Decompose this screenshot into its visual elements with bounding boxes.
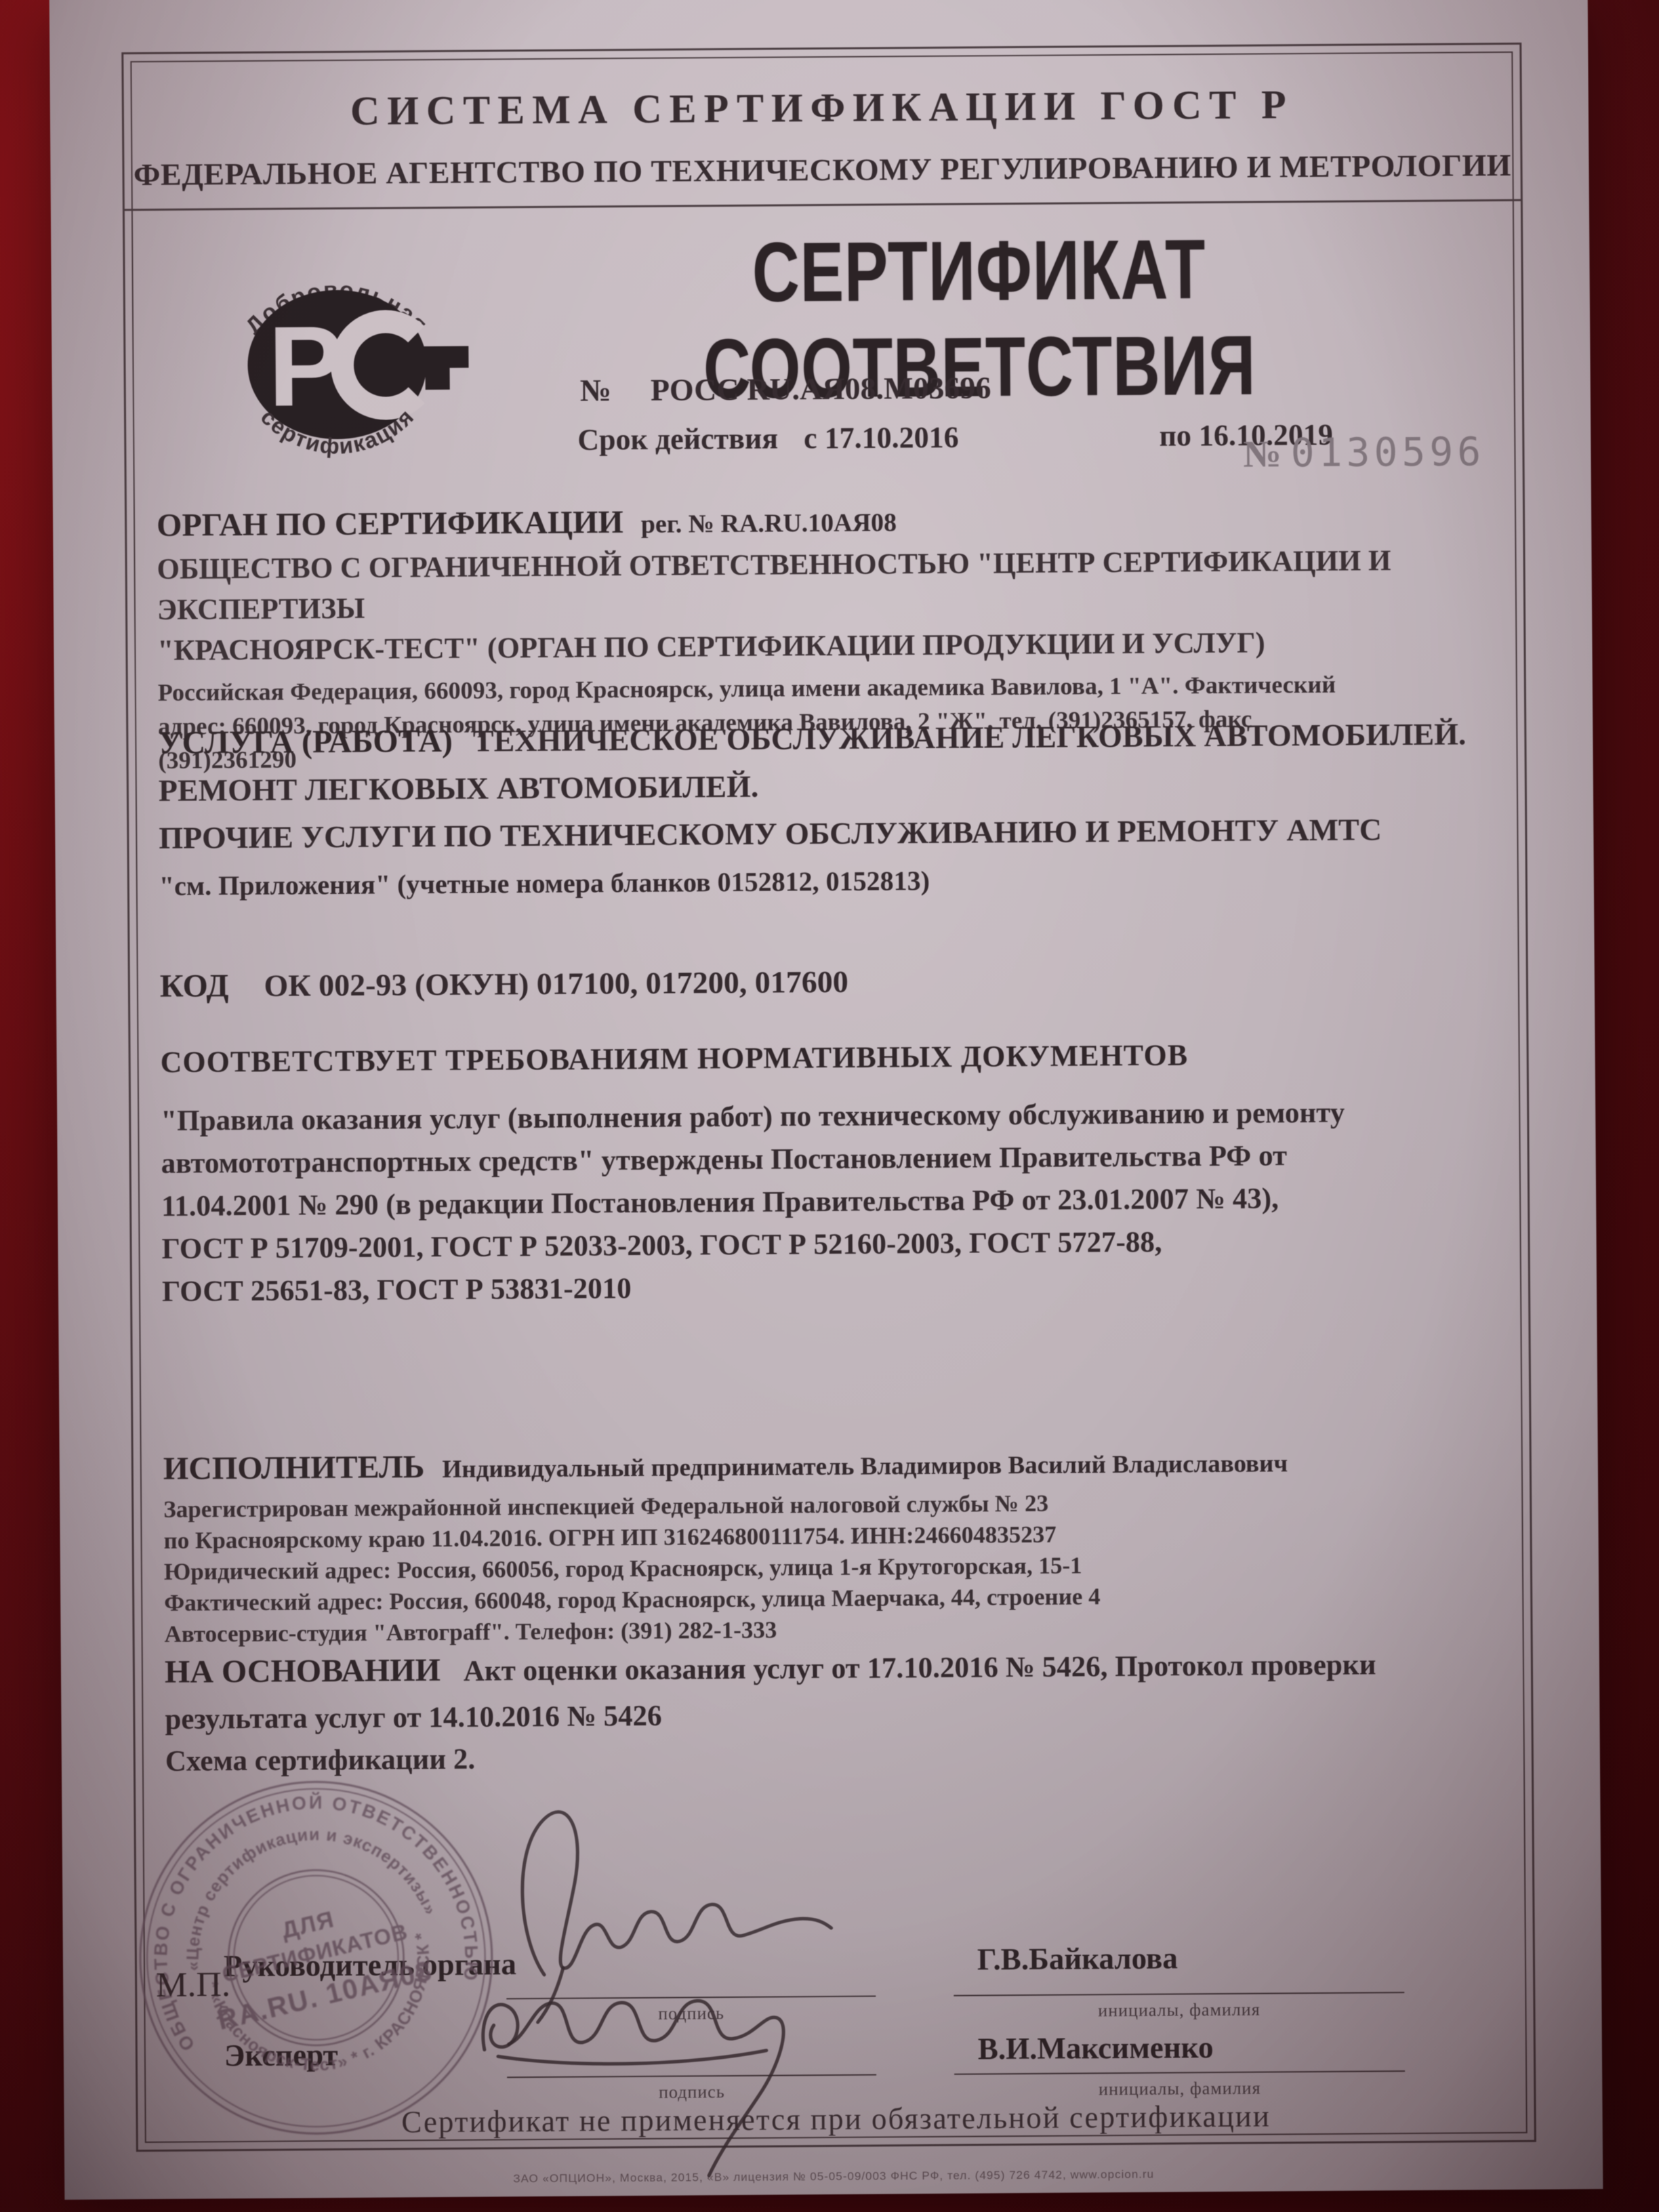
conformity-section: СООТВЕТСТВУЕТ ТРЕБОВАНИЯМ НОРМАТИВНЫХ ДО…	[160, 1036, 1504, 1313]
executor-details: Зарегистрирован межрайонной инспекцией Ф…	[163, 1485, 1507, 1650]
serial-number-sign: №	[1243, 433, 1282, 475]
system-header: СИСТЕМА СЕРТИФИКАЦИИ ГОСТ Р ФЕДЕРАЛЬНОЕ …	[124, 80, 1521, 192]
mp-seal-label: М.П.	[156, 1965, 230, 2005]
system-header-line1: СИСТЕМА СЕРТИФИКАЦИИ ГОСТ Р	[124, 80, 1520, 136]
name-caption-head: инициалы, фамилия	[954, 1993, 1404, 2022]
certification-body-reg-number: рег. № RA.RU.10АЯ08	[641, 508, 897, 539]
signature-stroke-expert-3	[498, 2051, 766, 2065]
executor-heading: ИСПОЛНИТЕЛЬ	[163, 1449, 425, 1487]
serial-number-digits: 0130596	[1290, 428, 1485, 476]
logo-letter-t-stem	[425, 346, 449, 390]
conformity-body: "Правила оказания услуг (выполнения рабо…	[161, 1090, 1504, 1313]
validity-from-date: с 17.10.2016	[804, 421, 959, 455]
signature-name-expert: В.И.Максименко	[978, 2030, 1214, 2066]
photo-background: СИСТЕМА СЕРТИФИКАЦИИ ГОСТ Р ФЕДЕРАЛЬНОЕ …	[0, 0, 1659, 2212]
executor-section: ИСПОЛНИТЕЛЬИндивидуальный предпринимател…	[163, 1441, 1507, 1650]
validity-row: Срок действияс 17.10.2016по 16.10.2019	[577, 417, 1333, 457]
name-caption-expert: инициалы, фамилия	[954, 2072, 1405, 2101]
certification-body-name: ОБЩЕСТВО С ОГРАНИЧЕННОЙ ОТВЕТСТВЕННОСТЬЮ…	[157, 540, 1499, 672]
executor-name: Индивидуальный предприниматель Владимиро…	[442, 1450, 1288, 1483]
rst-voluntary-certification-logo: Добровольная Р сертификация	[201, 234, 474, 488]
certification-body-name-line1: ОБЩЕСТВО С ОГРАНИЧЕННОЙ ОТВЕТСТВЕННОСТЬЮ…	[157, 540, 1499, 631]
service-line3: ПРОЧИЕ УСЛУГИ ПО ТЕХНИЧЕСКОМУ ОБСЛУЖИВАН…	[159, 805, 1500, 862]
blank-serial-number: №0130596	[1243, 428, 1485, 476]
service-line1: ТЕХНИЧЕСКОЕ ОБСЛУЖИВАНИЕ ЛЕГКОВЫХ АВТОМО…	[473, 716, 1467, 758]
handwritten-signature-expert	[470, 1938, 906, 2192]
basis-heading: НА ОСНОВАНИИ	[165, 1652, 441, 1690]
service-heading: УСЛУГА (РАБОТА)	[158, 723, 453, 761]
code-value: ОК 002-93 (ОКУН) 017100, 017200, 017600	[264, 964, 848, 1003]
certificate-paper: СИСТЕМА СЕРТИФИКАЦИИ ГОСТ Р ФЕДЕРАЛЬНОЕ …	[49, 0, 1603, 2200]
name-line-expert: инициалы, фамилия	[954, 2070, 1405, 2101]
validity-label: Срок действия	[577, 422, 778, 456]
service-heading-row: УСЛУГА (РАБОТА)ТЕХНИЧЕСКОЕ ОБСЛУЖИВАНИЕ …	[158, 710, 1500, 767]
certification-body-name-line2: "КРАСНОЯРСК-ТЕСТ" (ОРГАН ПО СЕРТИФИКАЦИИ…	[157, 621, 1499, 672]
certificate-number-value: РОСС RU.АЯ08.М03696	[651, 370, 991, 407]
basis-line1: Акт оценки оказания услуг от 17.10.2016 …	[464, 1649, 1376, 1687]
name-line-head: инициалы, фамилия	[954, 1992, 1404, 2022]
service-section: УСЛУГА (РАБОТА)ТЕХНИЧЕСКОЕ ОБСЛУЖИВАНИЕ …	[158, 710, 1501, 902]
code-heading: КОД	[160, 968, 229, 1004]
signature-name-head: Г.В.Байкалова	[977, 1940, 1178, 1977]
certificate-number-row: №РОСС RU.АЯ08.М03696	[580, 369, 991, 408]
certificate-number-label: №	[580, 373, 612, 407]
certificate-frame: СИСТЕМА СЕРТИФИКАЦИИ ГОСТ Р ФЕДЕРАЛЬНОЕ …	[121, 43, 1536, 2152]
certification-body-heading: ОРГАН ПО СЕРТИФИКАЦИИ	[157, 504, 623, 544]
signature-stroke-expert-2	[508, 2000, 784, 2177]
